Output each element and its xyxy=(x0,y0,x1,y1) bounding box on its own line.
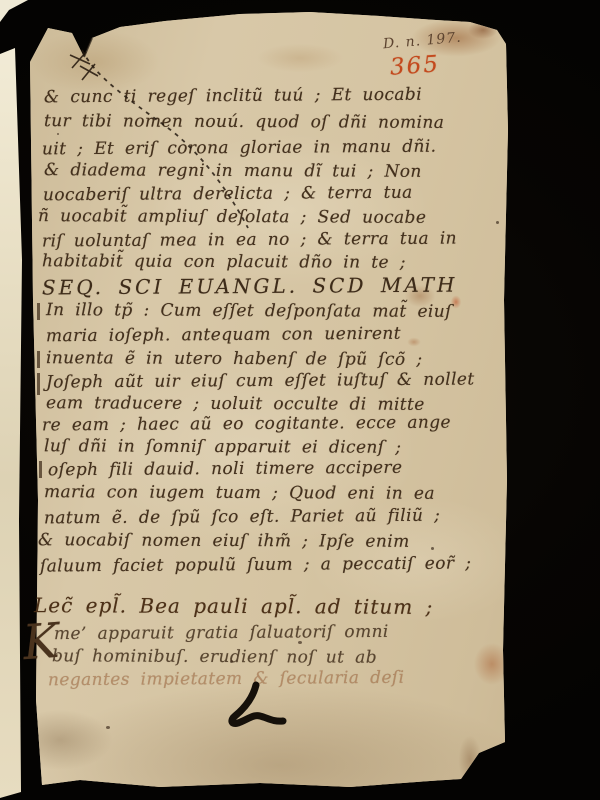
manuscript-line: & diadema regni in manu dĩ tui ; Non xyxy=(44,160,422,182)
manuscript-line: & uocabiſ nomen eiuſ ihm̃ ; Ipſe enim xyxy=(38,530,410,552)
margin-bracket xyxy=(39,461,42,478)
epistle-heading: Lec̃ epl̃. Bea pauli apl̃. ad titum ; xyxy=(34,593,433,619)
manuscript-line: eam traducere ; uoluit occulte di mitte xyxy=(46,393,425,415)
manuscript-line: habitabit̃ quia con placuit dño in te ; xyxy=(42,251,406,273)
manuscript-line: buſ hominibuſ. erudienſ noſ ut ab xyxy=(52,646,377,667)
manuscript-line: ſaluum faciet populũ ſuum ; a peccatiſ e… xyxy=(40,553,471,576)
manuscript-line-faded: negantes impietatem & ſecularia deſi xyxy=(48,668,405,690)
manuscript-line: & cunc ti regeſ inclitũ tuú ; Et uocabi xyxy=(44,85,422,108)
parchment-speck xyxy=(106,726,110,729)
manuscript-line: oſeph fili dauid. noli timere accipere xyxy=(48,458,403,480)
manuscript-line: Joſeph aũt uir eiuſ cum eſſet iuſtuſ & n… xyxy=(46,370,475,393)
gospel-heading: SEQ. SCI EUANGL. SCD MATH xyxy=(42,273,458,300)
folio-number-red: 365 xyxy=(389,51,441,80)
manuscript-line: maria con iugem tuam ; Quod eni in ea xyxy=(44,482,435,504)
margin-bracket xyxy=(37,373,40,395)
underlying-page-edge xyxy=(0,0,26,800)
parchment-speck xyxy=(57,133,59,135)
decorated-initial-K: K xyxy=(21,613,61,671)
parchment-speck xyxy=(431,547,434,550)
manuscript-line: luſ dñi in ſomniſ apparuit ei dicenſ ; xyxy=(44,436,402,458)
manuscript-line: tur tibi nomen nouú. quod oſ dñi nomina xyxy=(44,111,444,133)
manuscript-line: uocaberiſ ultra derelicta ; & terra tua xyxy=(43,183,413,206)
parchment-speck xyxy=(496,221,499,224)
manuscript-line: natum ẽ. de ſpũ ſco eſt. Pariet aũ filiũ… xyxy=(44,506,440,529)
manuscript-line: inuenta ẽ in utero habenſ de ſpũ ſcõ ; xyxy=(46,348,423,370)
margin-bracket xyxy=(37,351,40,368)
manuscript-line: ñ uocabit̃ ampliuſ deſolata ; Sed uocabe xyxy=(38,206,426,228)
manuscript-line: maria ioſeph. antequam con uenirent xyxy=(46,324,401,346)
margin-bracket xyxy=(37,303,40,320)
manuscript-line: riſ uoluntaſ mea in ea no ; & terra tua … xyxy=(42,229,457,252)
photograph-background: & cunc ti regeſ inclitũ tuú ; Et uocabi … xyxy=(0,0,600,800)
manuscript-line: re eam ; haec aũ eo cogitante. ecce ange xyxy=(42,413,451,436)
manuscript-line: uit ; Et eriſ corona gloriae in manu dñi… xyxy=(42,137,437,160)
manuscript-line: In illo tp̃ : Cum eſſet deſponſata mat̃ … xyxy=(46,300,452,322)
underlying-page-corner xyxy=(0,0,30,24)
manuscript-line: me’ apparuit gratia ſaluatoriſ omni xyxy=(54,622,389,644)
